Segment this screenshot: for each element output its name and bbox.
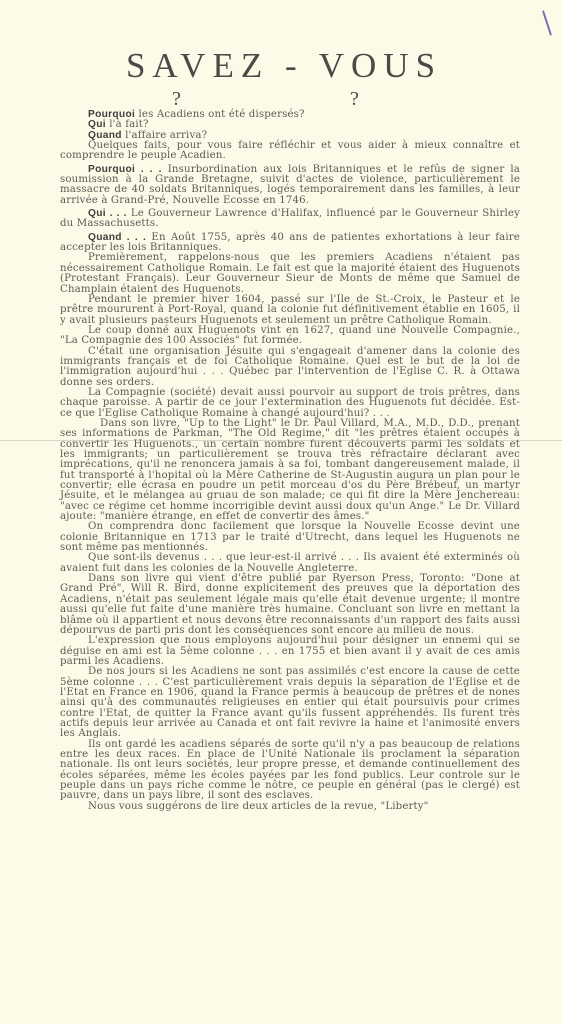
paragraph: Dans son livre qui vient d'être publié p… [60,574,520,636]
paragraph: L'expression que nous employons aujourd'… [60,636,520,667]
paragraph: Nous vous suggérons de lire deux article… [60,802,520,812]
paragraph: C'était une organisation Jésuite qui s'e… [60,347,520,388]
paragraph: On comprendra donc facilement que lorsqu… [60,522,520,553]
paragraph: Dans son livre, "Up to the Light" le Dr.… [60,419,520,522]
paragraph: Pendant le premier hiver 1604, passé sur… [60,295,520,326]
paragraph: Que sont-ils devenus . . . que leur-est-… [60,553,520,574]
question-mark-left: ? [172,88,181,111]
answer-why: Pourquoi . . . Insurbordination aux lois… [60,165,520,206]
answer-who: Qui . . . Le Gouverneur Lawrence d'Halif… [60,209,520,230]
intro-paragraph: Quelques faits, pour vous faire réfléchi… [60,141,520,162]
question-mark-right: ? [350,88,359,111]
paragraph: La Compagnie (société) devait aussi pour… [60,388,520,419]
document-body: Pourquoi les Acadiens ont été dispersés?… [60,110,520,812]
answer-when: Quand . . . En Août 1755, après 40 ans d… [60,233,520,254]
pen-margin-mark [542,10,552,35]
page-title: SAVEZ - VOUS [0,46,562,86]
paragraph: Ils ont gardé les acadiens séparés de so… [60,740,520,802]
paragraph: De nos jours si les Acadiens ne sont pas… [60,667,520,739]
paragraph: Le coup donné aux Huguenots vint en 1627… [60,326,520,347]
paragraph: Premièrement, rappelons-nous que les pre… [60,253,520,294]
